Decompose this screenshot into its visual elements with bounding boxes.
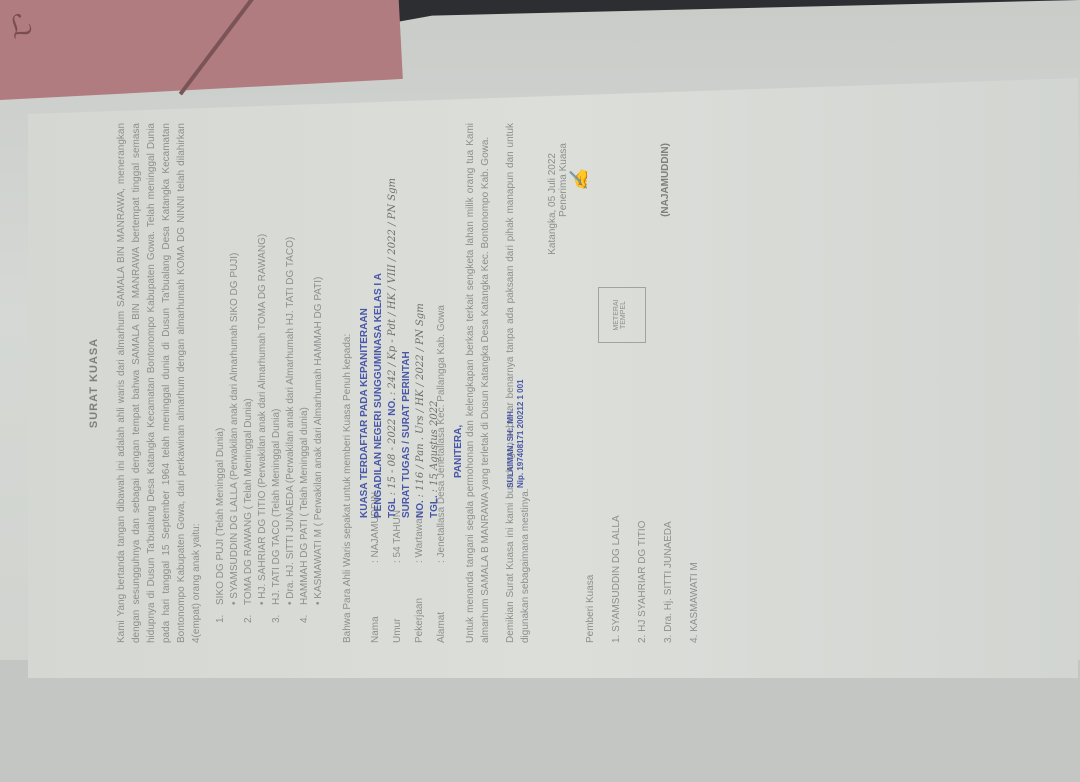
signature-mark: ✍: [569, 143, 590, 217]
signature-area: Pemberi Kuasa 1. SYAMSUDDIN DG LALLA 2. …: [578, 123, 728, 643]
reg-st-no: NO. : 116 / Pan . Urs / HK / 2022 / PN S…: [414, 98, 428, 518]
panitera-label: PANITERA,: [452, 98, 466, 478]
reg-tgl-no: TGL : 15 - 08 - 2022 NO. : 242 / Kp - Pd…: [386, 98, 400, 518]
revenue-stamp: METERAI TEMPEL: [598, 287, 646, 343]
pen-mark: ℒ: [4, 6, 38, 47]
grant-intro: Bahwa Para Ahli Waris sepakat untuk memb…: [340, 123, 355, 643]
intro-paragraph: Kami Yang bertanda tangan dibawah ini ad…: [114, 123, 204, 643]
heir-item: 1.SIKO DG PUJI (Telah Meninggal Dunia)SY…: [214, 123, 242, 623]
reg-st-heading: SURAT TUGAS / SURAT PERINTAH: [400, 98, 414, 518]
giver-name: 2. HJ SYAHRIAR DG TITIO: [630, 515, 656, 643]
lower-page: [0, 660, 1080, 782]
receiver-name: (NAJAMUDDIN): [660, 143, 671, 217]
reg-st-tgl: TGL. : 15 Agustus 2022: [428, 98, 442, 518]
heir-item: 4.HAMMAH DG PATI ( Telah Meninggal dunia…: [298, 123, 326, 623]
registration-stamp: KUASA TERDAFTAR PADA KEPANITERAAN PENGAD…: [358, 98, 526, 518]
reg-line1: KUASA TERDAFTAR PADA KEPANITERAAN: [358, 98, 372, 518]
document-page: SURAT KUASA Kami Yang bertanda tangan di…: [28, 78, 1078, 678]
reg-line2: PENGADILAN NEGERI SUNGGUMINASA KELAS I A: [372, 98, 386, 518]
giver-name: 1. SYAMSUDDIN DG LALLA: [604, 515, 630, 643]
receiver-block: Penerima Kuasa ✍ (NAJAMUDDIN): [558, 143, 671, 217]
folder-crease: [179, 0, 266, 95]
receiver-label: Penerima Kuasa: [558, 143, 569, 217]
heir-item: 3.HJ. TATI DG TACO (Telah Meninggal Duni…: [270, 123, 298, 623]
giver-name: 4. KASMAWATI M: [682, 515, 708, 643]
document-title: SURAT KUASA: [88, 123, 100, 643]
givers-label: Pemberi Kuasa: [578, 515, 604, 643]
giver-name: 3. Dra. Hj. SITTI JUNAEDA: [656, 515, 682, 643]
heirs-list: 1.SIKO DG PUJI (Telah Meninggal Dunia)SY…: [214, 123, 326, 623]
heir-item: 2.TOMA DG RAWANG ( Telah Meninggal Dunia…: [242, 123, 270, 623]
officer-stamp: SULAIMAN, SH., MH. Nip. 197408171 200212…: [506, 98, 526, 488]
givers-block: Pemberi Kuasa 1. SYAMSUDDIN DG LALLA 2. …: [578, 515, 708, 643]
place-date: Katangka, 05 Juli 2022: [547, 153, 558, 643]
